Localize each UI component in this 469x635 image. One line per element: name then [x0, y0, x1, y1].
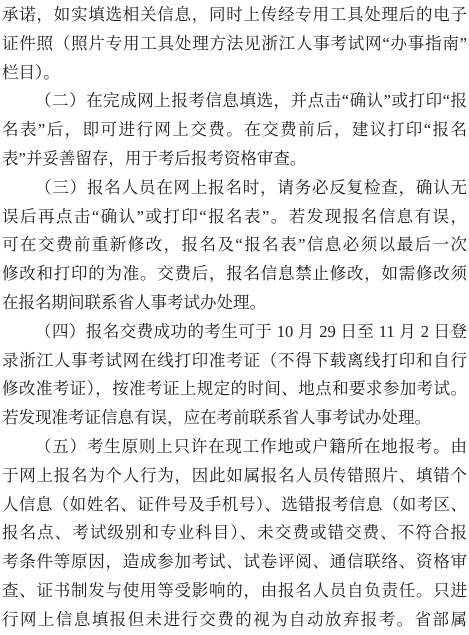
text-line: 证件照（照片专用工具处理方法见浙江人事考试网“办事指南”: [2, 30, 467, 59]
document-page: 承诺，如实填选相关信息，同时上传经专用工具处理后的电子 证件照（照片专用工具处理…: [0, 0, 469, 635]
text-line-paragraph-end: 栏目）。: [2, 59, 467, 88]
text-line-paragraph-end: 在报名期间联系省人事考试办处理。: [2, 289, 467, 318]
text-line-paragraph-start: （三）报名人员在网上报名时，请务必反复检查，确认无: [2, 174, 467, 203]
text-line: 考条件等原因，造成参加考试、试卷评阅、通信联络、资格审: [2, 548, 467, 577]
text-line: 修改准考证），按准考证上规定的时间、地点和要求参加考试。: [2, 375, 467, 404]
text-line: 修改和打印的为准。交费后，报名信息禁止修改，如需修改须: [2, 260, 467, 289]
text-line: 人信息（如姓名、证件号及手机号）、选错报考信息（如考区、: [2, 491, 467, 520]
text-line: 误后再点击“确认”或打印“报名表”。若发现报名信息有误，: [2, 203, 467, 232]
text-line: 查、证书制发与使用等受影响的，由报名人员自负责任。只进: [2, 577, 467, 606]
text-line-paragraph-start: （四）报名交费成功的考生可于 10 月 29 日至 11 月 2 日登: [2, 318, 467, 347]
text-line: 于网上报名为个人行为，因此如属报名人员传错照片、填错个: [2, 462, 467, 491]
text-line-paragraph-end: 表”并妥善留存，用于考后报考资格审查。: [2, 145, 467, 174]
text-line-paragraph-end: 若发现准考证信息有误，应在考前联系省人事考试办处理。: [2, 404, 467, 433]
text-line: 报名点、考试级别和专业科目）、未交费或错交费、不符合报: [2, 519, 467, 548]
text-line: 可在交费前重新修改，报名及“报名表”信息必须以最后一次: [2, 231, 467, 260]
text-line: 承诺，如实填选相关信息，同时上传经专用工具处理后的电子: [2, 1, 467, 30]
text-line: 名表”后，即可进行网上交费。在交费前后，建议打印“报名: [2, 116, 467, 145]
text-line: 行网上信息填报但未进行交费的视为自动放弃报考。省部属: [2, 606, 467, 635]
text-line-paragraph-start: （五）考生原则上只许在现工作地或户籍所在地报考。由: [2, 433, 467, 462]
text-line-paragraph-start: （二）在完成网上报考信息填选，并点击“确认”或打印“报: [2, 87, 467, 116]
text-line: 录浙江人事考试网在线打印准考证（不得下载离线打印和自行: [2, 347, 467, 376]
